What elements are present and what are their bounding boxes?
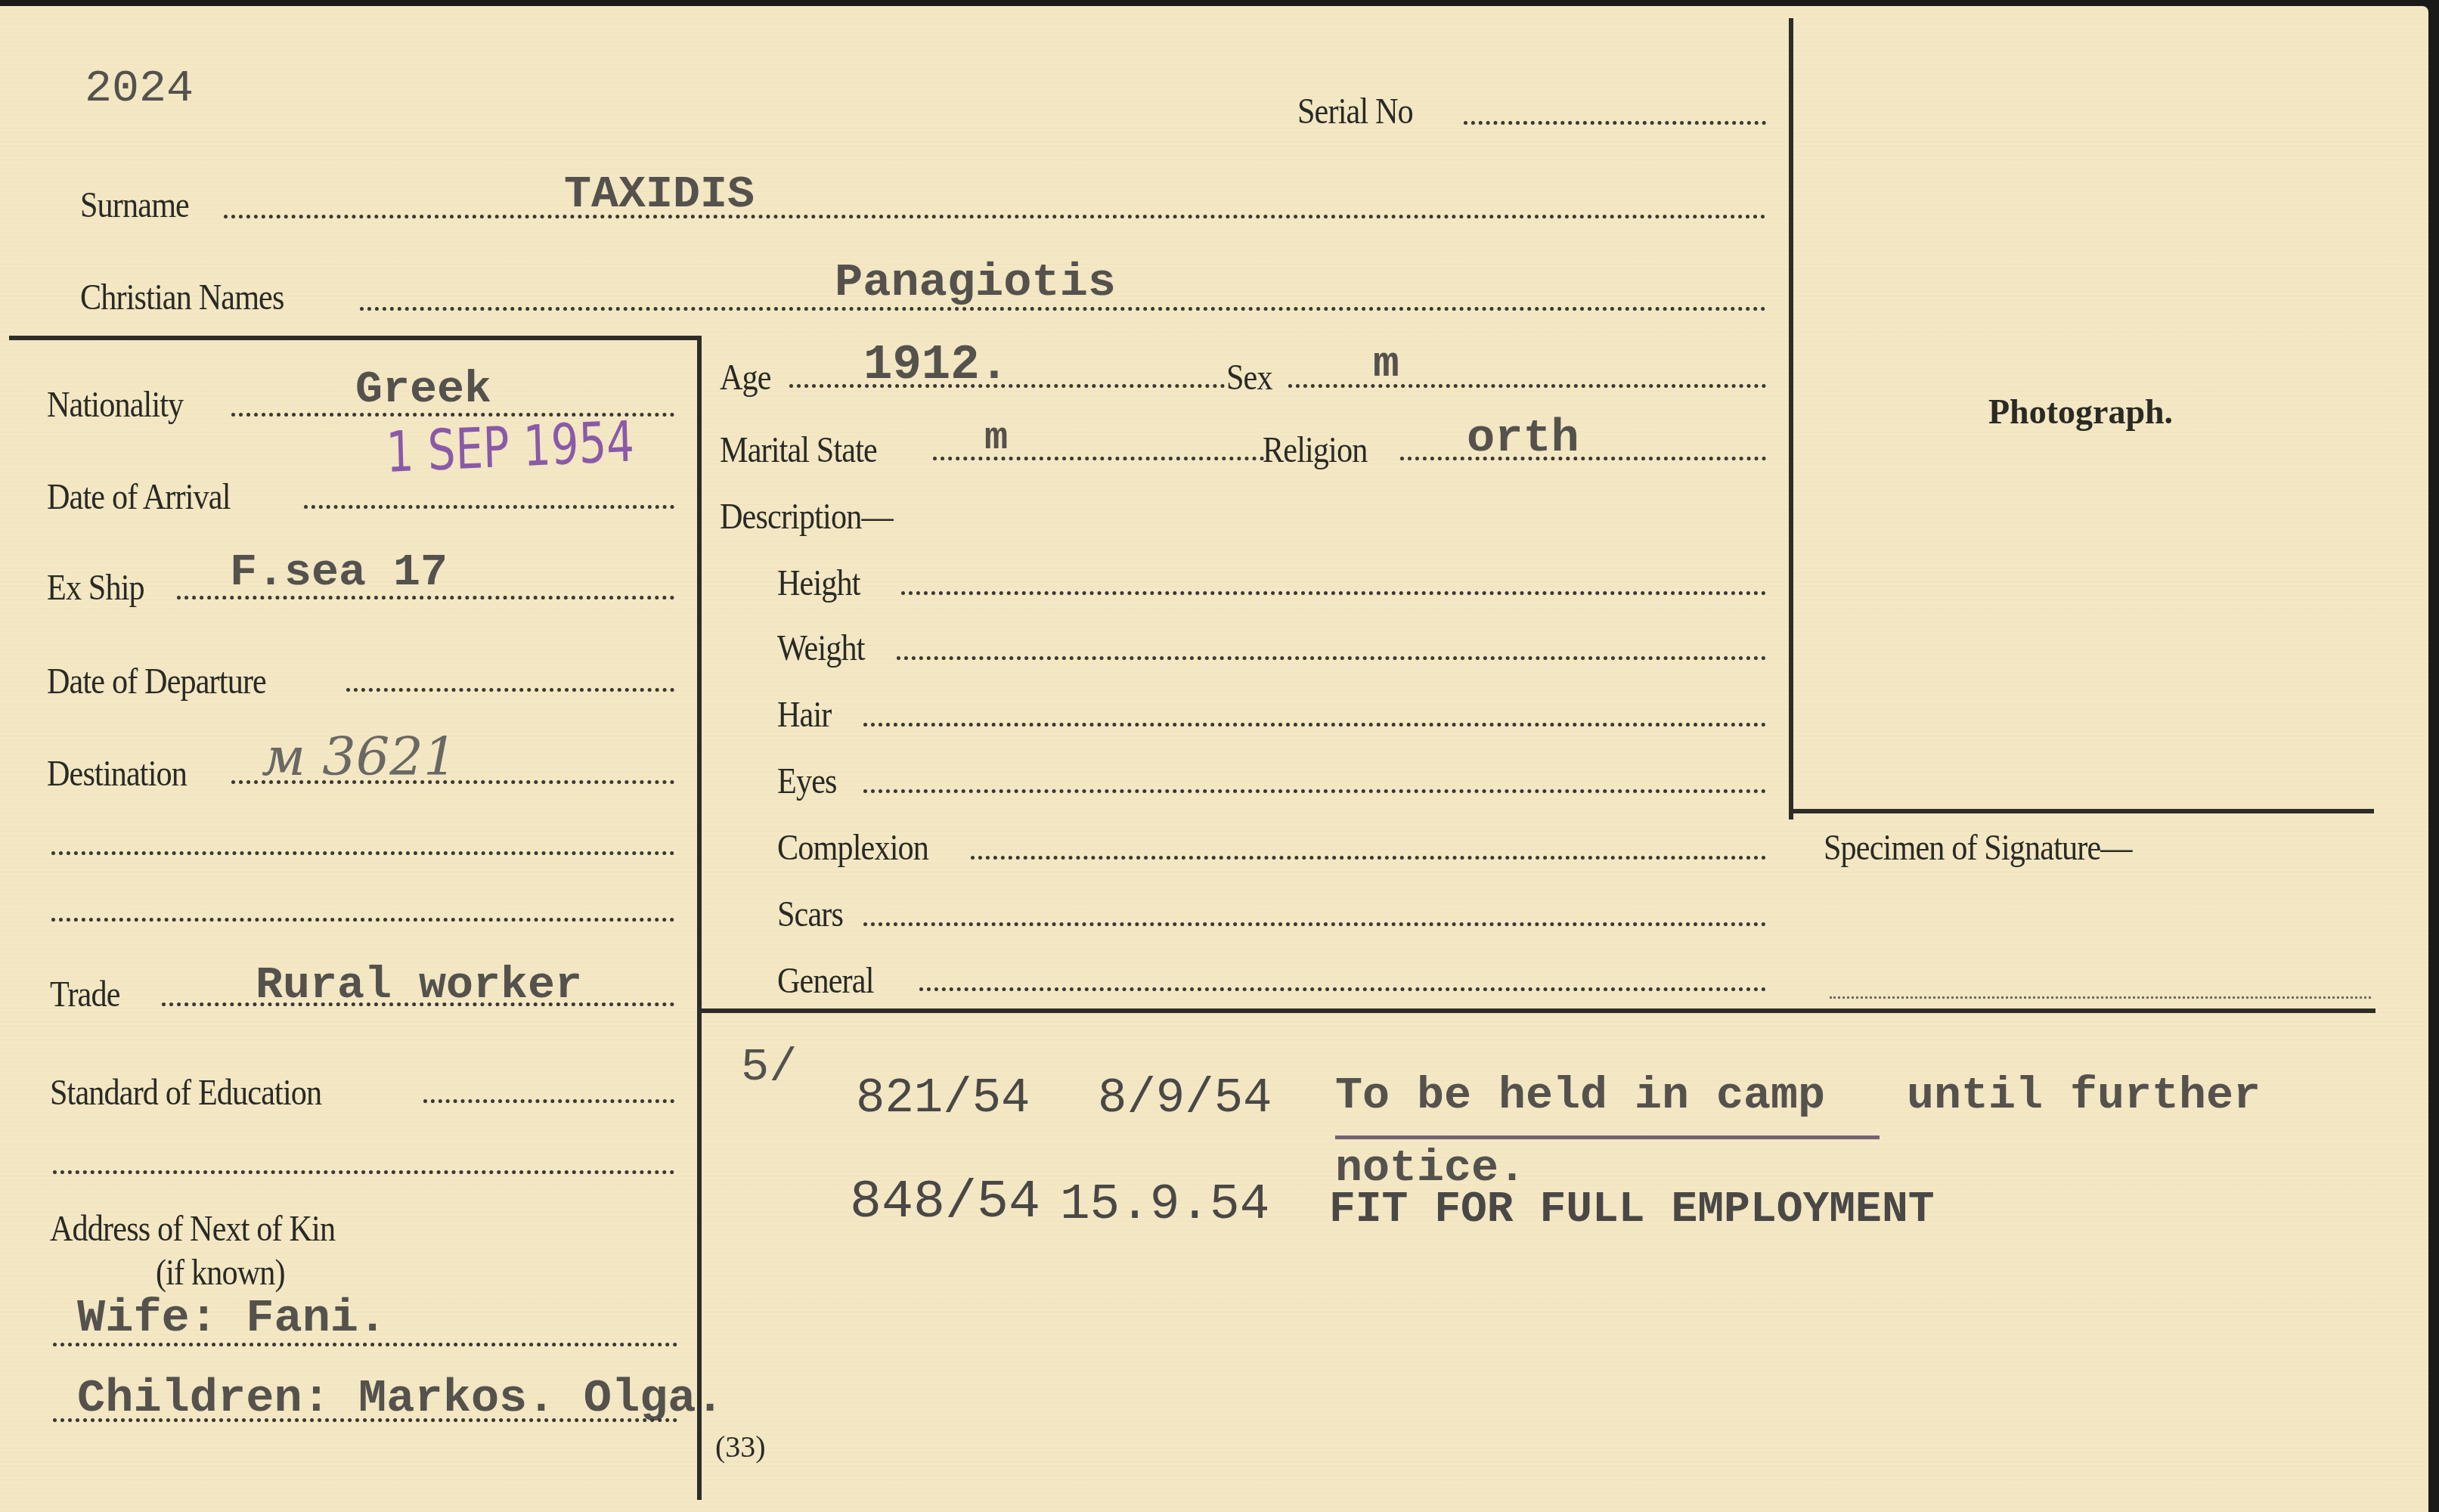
complexion-label: Complexion	[777, 827, 928, 869]
ex-ship-value: F.sea 17	[230, 547, 448, 599]
photo-box-bottom-border	[1792, 809, 2374, 813]
destination-extra-line-2[interactable]	[51, 918, 674, 922]
destination-label: Destination	[47, 753, 187, 795]
sex-value: m	[1373, 340, 1399, 389]
weight-field[interactable]	[897, 656, 1766, 660]
marital-state-label: Marital State	[720, 429, 877, 471]
general-label: General	[777, 960, 874, 1002]
destination-extra-line-1[interactable]	[51, 851, 674, 855]
note-1-text-rest: until further	[1880, 1070, 2261, 1122]
hair-field[interactable]	[863, 723, 1766, 727]
next-of-kin-sublabel: (if known)	[156, 1252, 285, 1294]
scars-field[interactable]	[863, 922, 1766, 926]
trade-value: Rural worker	[256, 960, 582, 1012]
notes-prefix: 5/	[741, 1040, 797, 1094]
complexion-field[interactable]	[971, 856, 1766, 860]
christian-names-label: Christian Names	[80, 277, 284, 318]
height-label: Height	[777, 562, 860, 604]
surname-label: Surname	[80, 184, 189, 226]
eyes-field[interactable]	[863, 789, 1766, 793]
photo-box-left-border	[1789, 18, 1793, 820]
education-field[interactable]	[423, 1099, 674, 1103]
religion-value: orth	[1467, 411, 1579, 465]
education-label: Standard of Education	[50, 1072, 321, 1114]
description-label: Description—	[720, 496, 893, 538]
signature-line	[1830, 996, 2371, 999]
general-field[interactable]	[919, 987, 1766, 991]
trade-label: Trade	[50, 974, 120, 1015]
note-2-text: FIT FOR FULL EMPLOYMENT	[1329, 1185, 1935, 1235]
height-field[interactable]	[901, 591, 1766, 595]
next-of-kin-children: Children: Markos. Olga.	[77, 1371, 724, 1425]
age-label: Age	[720, 357, 771, 398]
date-of-arrival-label: Date of Arrival	[47, 476, 230, 518]
note-1-date: 8/9/54	[1098, 1072, 1272, 1126]
sex-label: Sex	[1226, 357, 1272, 398]
christian-names-value: Panagiotis	[835, 256, 1116, 309]
surname-field[interactable]	[224, 215, 1766, 218]
note-2-ref: 848/54	[850, 1173, 1040, 1233]
religion-field[interactable]	[1400, 457, 1766, 460]
religion-label: Religion	[1263, 429, 1367, 471]
weight-label: Weight	[777, 627, 865, 669]
surname-value: TAXIDIS	[564, 169, 755, 221]
serial-no-label: Serial No	[1297, 91, 1413, 132]
divider-notes-top	[702, 1009, 2375, 1013]
ex-ship-label: Ex Ship	[47, 567, 144, 609]
hair-label: Hair	[777, 694, 832, 736]
form-number: (33)	[715, 1429, 766, 1464]
card-number: 2024	[85, 64, 194, 115]
age-value: 1912.	[863, 339, 1009, 393]
divider-left-column	[697, 336, 702, 1500]
next-of-kin-wife: Wife: Fani.	[77, 1291, 386, 1345]
serial-no-field[interactable]	[1464, 121, 1766, 125]
marital-state-value: m	[984, 416, 1008, 460]
education-extra-line[interactable]	[53, 1170, 674, 1174]
signature-label: Specimen of Signature—	[1824, 827, 2132, 869]
signature-field[interactable]	[1824, 875, 2368, 996]
date-of-departure-label: Date of Departure	[47, 661, 266, 702]
sex-field[interactable]	[1288, 384, 1766, 388]
eyes-label: Eyes	[777, 761, 837, 802]
marital-state-field[interactable]	[933, 457, 1264, 460]
note-1-text-underlined: To be held in camp	[1335, 1070, 1825, 1122]
scars-label: Scars	[777, 894, 843, 935]
date-of-arrival-field[interactable]	[304, 505, 674, 509]
next-of-kin-field-1[interactable]	[53, 1343, 677, 1346]
next-of-kin-label: Address of Next of Kin	[50, 1208, 335, 1250]
divider-left-top	[9, 336, 702, 340]
nationality-label: Nationality	[47, 384, 183, 426]
nationality-value: Greek	[355, 364, 491, 416]
note-2-date: 15.9.54	[1060, 1176, 1269, 1233]
arrival-date-stamp: 1 SEP 1954	[386, 409, 635, 485]
next-of-kin-field-2[interactable]	[53, 1418, 677, 1422]
destination-handwritten-value: м 3621	[262, 726, 457, 788]
note-1-ref: 821/54	[856, 1072, 1030, 1126]
date-of-departure-field[interactable]	[346, 688, 674, 692]
note-1-ink-underline	[1335, 1136, 1880, 1139]
registration-card: 2024 Serial No Surname TAXIDIS Christian…	[0, 6, 2428, 1512]
photograph-area	[1796, 21, 2371, 807]
